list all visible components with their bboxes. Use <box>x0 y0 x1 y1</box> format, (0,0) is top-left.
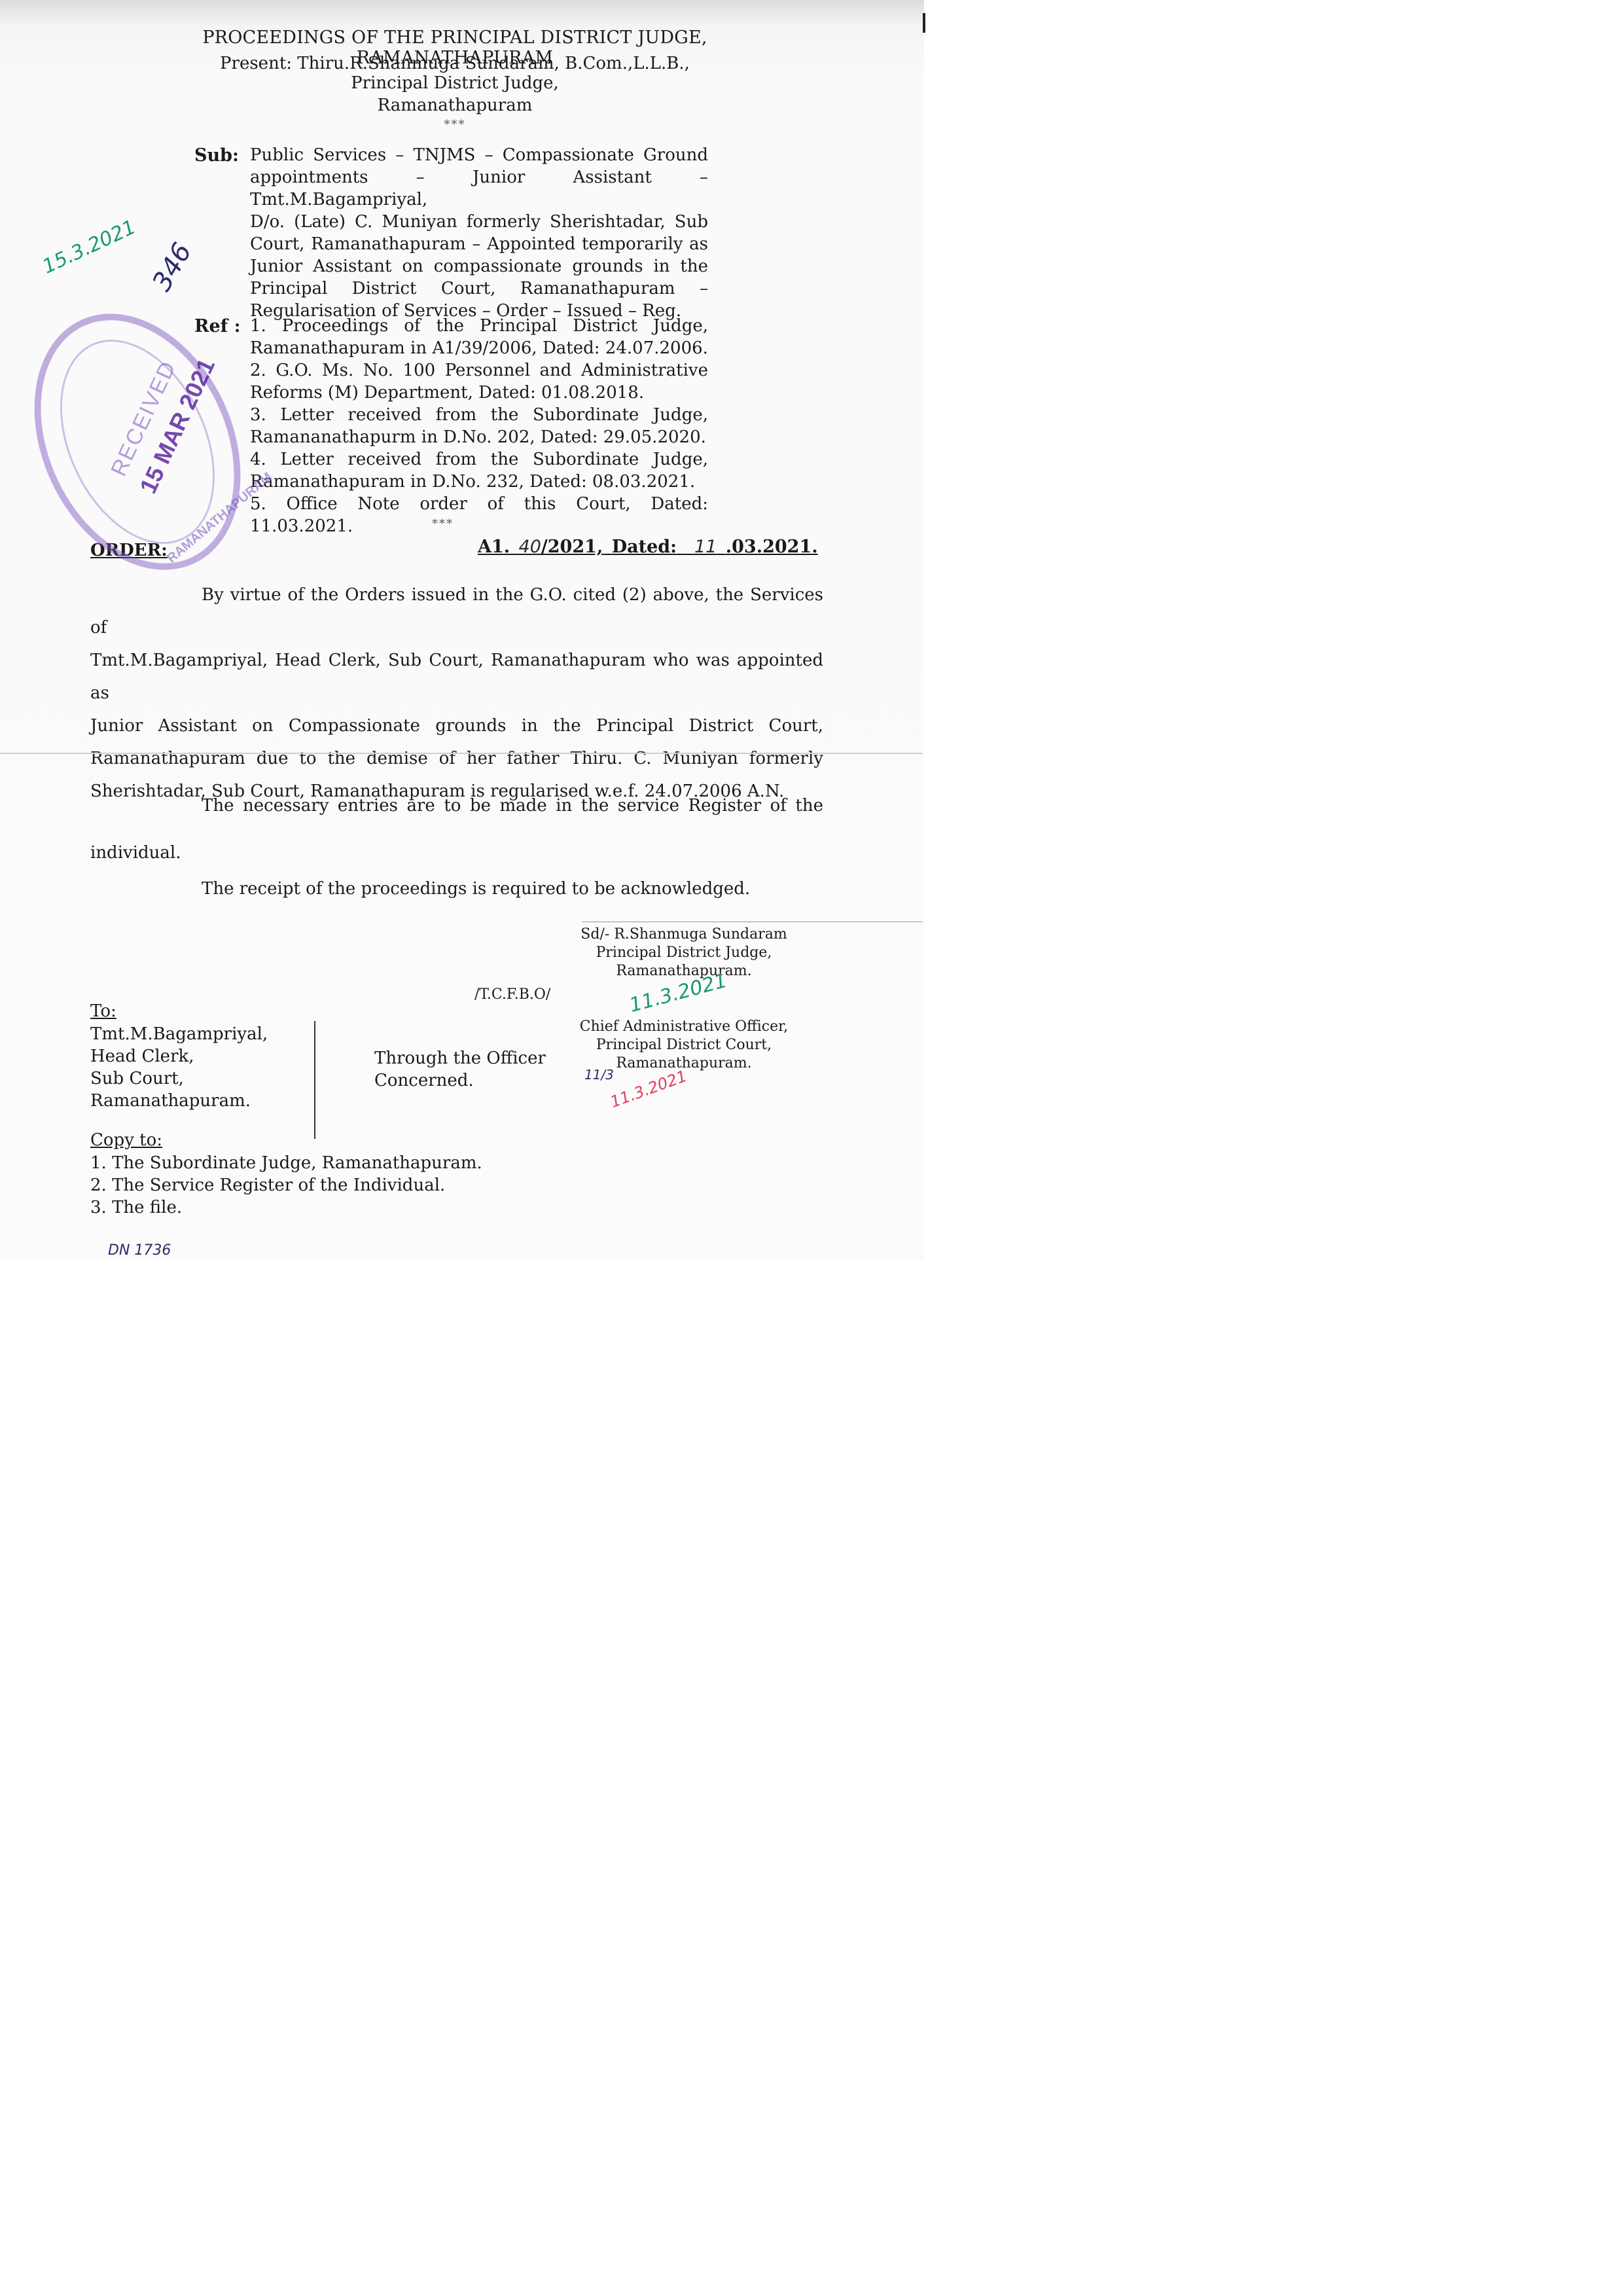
order-paragraph-2: The necessary entries are to be made in … <box>90 782 823 876</box>
paragraph-line: Tmt.M.Bagampriyal, Head Clerk, Sub Court… <box>90 644 823 709</box>
subject-line: appointments – Junior Assistant – Tmt.M.… <box>250 166 708 211</box>
presiding-place: Ramanathapuram <box>131 96 779 115</box>
reference-line: 5. Office Note order of this Court, Date… <box>250 493 708 537</box>
signed-by: Sd/- R.Shanmuga Sundaram <box>576 925 792 944</box>
handwritten-bottom-note: DN 1736 <box>108 1242 171 1259</box>
handwritten-blue-initial: 11/3 <box>584 1067 614 1083</box>
order-number: A1. 40/2021, Dated: 11 .03.2021. <box>478 537 818 557</box>
reference-line: 4. Letter received from the Subordinate … <box>250 448 708 471</box>
judge-signature-block: Sd/- R.Shanmuga Sundaram Principal Distr… <box>576 925 792 980</box>
subject-line: Principal District Court, Ramanathapuram… <box>250 278 708 300</box>
order-number-prefix: A1. <box>478 537 510 557</box>
reference-line: 1. Proceedings of the Principal District… <box>250 315 708 337</box>
through-line: Concerned. <box>374 1069 546 1092</box>
copy-to-list: 1. The Subordinate Judge, Ramanathapuram… <box>90 1152 482 1219</box>
to-label: To: <box>90 1001 116 1021</box>
subject-line: D/o. (Late) C. Muniyan formerly Sherisht… <box>250 211 708 233</box>
copy-to-item: 3. The file. <box>90 1196 482 1219</box>
recipient-line: Sub Court, <box>90 1067 268 1090</box>
reference-line: Reforms (M) Department, Dated: 01.08.201… <box>250 382 708 404</box>
through-line: Through the Officer <box>374 1047 546 1069</box>
reference-list: 1. Proceedings of the Principal District… <box>250 315 708 537</box>
signatory-designation: Principal District Judge, <box>576 944 792 962</box>
address-divider <box>314 1021 315 1139</box>
order-paragraph-3: The receipt of the proceedings is requir… <box>90 872 823 905</box>
scan-fold-line <box>0 753 923 754</box>
reference-line: 3. Letter received from the Subordinate … <box>250 404 708 426</box>
signature-rule <box>582 922 923 922</box>
subject-line: Public Services – TNJMS – Compassionate … <box>250 144 708 166</box>
order-number-suffix: /2021, <box>541 537 603 557</box>
cao-title: Chief Administrative Officer, <box>576 1018 792 1036</box>
order-dated-label: Dated: <box>612 537 677 557</box>
header-separator: *** <box>131 118 779 132</box>
subject-line: Junior Assistant on compassionate ground… <box>250 255 708 278</box>
copy-to-label: Copy to: <box>90 1130 162 1150</box>
copy-to-item: 2. The Service Register of the Individua… <box>90 1174 482 1196</box>
recipient-line: Tmt.M.Bagampriyal, <box>90 1023 268 1045</box>
presiding-officer: Present: Thiru.R.Shanmuga Sundaram, B.Co… <box>131 54 779 73</box>
reference-line: Ramananathapurm in D.No. 202, Dated: 29.… <box>250 426 708 448</box>
recipient-address: Tmt.M.Bagampriyal, Head Clerk, Sub Court… <box>90 1023 268 1112</box>
signatory-place: Ramanathapuram. <box>576 962 792 980</box>
through-officer: Through the Officer Concerned. <box>374 1047 546 1092</box>
presiding-designation: Principal District Judge, <box>131 73 779 93</box>
reference-line: 2. G.O. Ms. No. 100 Personnel and Admini… <box>250 359 708 382</box>
cao-office: Principal District Court, <box>576 1036 792 1054</box>
reference-line: Ramanathapuram in A1/39/2006, Dated: 24.… <box>250 337 708 359</box>
subject-label: Sub: <box>194 145 239 166</box>
reference-separator: *** <box>432 517 454 531</box>
recipient-line: Ramanathapuram. <box>90 1090 268 1112</box>
recipient-line: Head Clerk, <box>90 1045 268 1067</box>
order-date-suffix: .03.2021. <box>726 537 818 557</box>
stamp-text-layer: RECEIVED 15 MAR 2021 RAMANATHAPURAM <box>43 308 219 563</box>
scan-edge-mark <box>923 13 925 33</box>
cao-signature-block: Chief Administrative Officer, Principal … <box>576 1018 792 1073</box>
order-number-handwritten: 40 <box>519 537 541 557</box>
paragraph-line: individual. <box>90 829 823 876</box>
subject-line: Court, Ramanathapuram – Appointed tempor… <box>250 233 708 255</box>
paragraph-line: By virtue of the Orders issued in the G.… <box>90 579 823 644</box>
order-paragraph-1: By virtue of the Orders issued in the G.… <box>90 579 823 808</box>
tcfbo-mark: /T.C.F.B.O/ <box>474 986 550 1003</box>
paragraph-line: Ramanathapuram due to the demise of her … <box>90 742 823 775</box>
subject-text: Public Services – TNJMS – Compassionate … <box>250 144 708 322</box>
paragraph-line: Junior Assistant on Compassionate ground… <box>90 709 823 742</box>
paragraph-line: The necessary entries are to be made in … <box>90 782 823 829</box>
reference-line: Ramanathapuram in D.No. 232, Dated: 08.0… <box>250 471 708 493</box>
order-day-handwritten: 11 <box>694 537 717 557</box>
copy-to-item: 1. The Subordinate Judge, Ramanathapuram… <box>90 1152 482 1174</box>
